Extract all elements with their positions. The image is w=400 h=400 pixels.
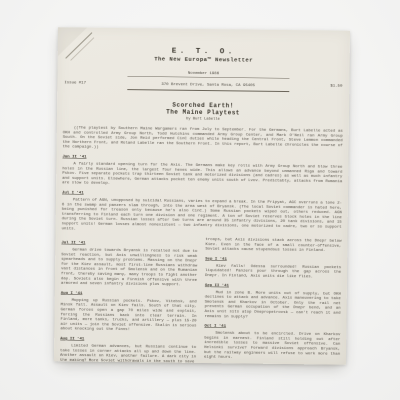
turn-paragraph: A fairly standard opening turn for the A… [62,161,342,188]
intro-paragraph: ((The playtest by Southern Maine Wargame… [63,125,343,152]
continued-note: (continued page 9) [204,364,340,365]
turn-paragraph: Mud in zone B. More units out of supply,… [205,290,341,320]
turn-paragraph: German drive towards Bryansk is recalled… [61,247,197,287]
turn-heading: Aug I '41 [61,291,197,297]
address-box: 370 Brevent Drive, Santa Rosa, CA 95405 [127,76,289,92]
turn-heading: Aug II '41 [60,336,196,342]
photo-background: E. T. O. The New Europa™ Newsletter Nove… [0,0,400,400]
price: $1.50 [330,83,342,88]
turn-heading: Oct I '41 [204,324,340,330]
continuation-paragraph: troops, but Axis divisions stack across … [205,237,341,253]
turn-paragraph: Pattern of AGN, unopposed by suicidal Ru… [62,197,342,234]
turn-paragraph: Kiev falls! Odessa surrounded! Russian p… [205,263,341,279]
left-column: Jul II '41 German drive towards Bryansk … [60,235,198,364]
turn-paragraph: Limited German advances, but Russians co… [60,343,196,364]
two-column-section: Jul II '41 German drive towards Bryansk … [60,235,342,364]
article-header: Scorched Earth! The Maine Playtest by Bu… [57,100,349,123]
article-body: ((The playtest by Southern Maine Wargame… [54,125,349,365]
corner-fold-crease [57,27,113,83]
turn-paragraph: Mopping up Russian pockets. Pskov, Viteb… [60,298,196,333]
turn-heading: Sep II '41 [205,283,341,289]
newsletter-page: E. T. O. The New Europa™ Newsletter Nove… [54,27,350,365]
right-column: troops, but Axis divisions stack across … [204,237,342,365]
page-content: E. T. O. The New Europa™ Newsletter Nove… [54,27,350,365]
turn-heading: Jul II '41 [61,240,197,246]
turn-paragraph: Smolensk about to be encircled. Drive on… [204,331,340,361]
address: 370 Brevent Drive, Santa Rosa, CA 95405 [161,82,255,88]
turn-heading: Sep I '41 [205,256,341,262]
